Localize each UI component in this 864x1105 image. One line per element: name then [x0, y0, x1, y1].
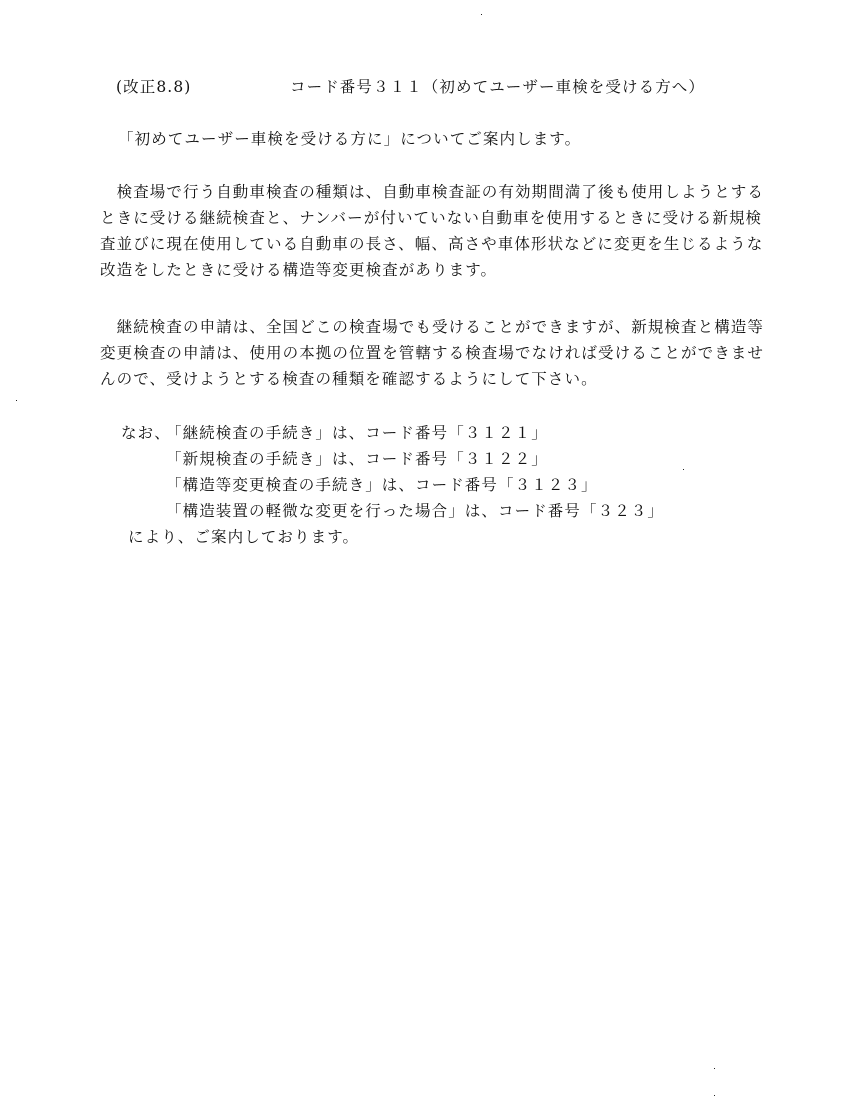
references-lead: なお、 [121, 423, 171, 443]
paragraph2-line3: んので、受けようとする検査の種類を確認するようにして下さい。 [100, 369, 598, 389]
intro-text: 「初めてユーザー車検を受ける方に」についてご案内します。 [118, 129, 581, 149]
reference-item-3122: 「新規検査の手続き」は、コード番号「３１２２」 [166, 449, 548, 469]
document-title: コード番号３１１（初めてユーザー車検を受ける方へ） [290, 77, 705, 97]
revision-label: (改正8.8) [116, 77, 191, 97]
paragraph2-line2: 変更検査の申請は、使用の本拠の位置を管轄する検査場でなければ受けることができませ [100, 343, 764, 363]
paragraph1-line2: ときに受ける継続検査と、ナンバーが付いていない自動車を使用するときに受ける新規検 [100, 208, 762, 228]
scan-speck [714, 1068, 715, 1069]
paragraph1-line4: 改造をしたときに受ける構造等変更検査があります。 [100, 260, 497, 280]
reference-item-3121: 「継続検査の手続き」は、コード番号「３１２１」 [166, 423, 548, 443]
paragraph2-line1: 継続検査の申請は、全国どこの検査場でも受けることができますが、新規検査と構造等 [100, 317, 764, 337]
paragraph1-line3: 査並びに現在使用している自動車の長さ、幅、高さや車体形状などに変更を生じるような [100, 234, 763, 254]
scan-speck [683, 469, 684, 470]
reference-item-3123: 「構造等変更検査の手続き」は、コード番号「３１２３」 [166, 475, 598, 495]
references-closing: により、ご案内しております。 [128, 527, 359, 547]
document-page: (改正8.8) コード番号３１１（初めてユーザー車検を受ける方へ） 「初めてユー… [0, 0, 864, 1105]
paragraph1-line1: 検査場で行う自動車検査の種類は、自動車検査証の有効期間満了後も使用しようとする [100, 182, 764, 202]
scan-speck [16, 400, 17, 401]
scan-speck [714, 1095, 715, 1096]
reference-item-323: 「構造装置の軽微な変更を行った場合」は、コード番号「３２３」 [166, 501, 664, 521]
scan-speck [481, 14, 482, 15]
